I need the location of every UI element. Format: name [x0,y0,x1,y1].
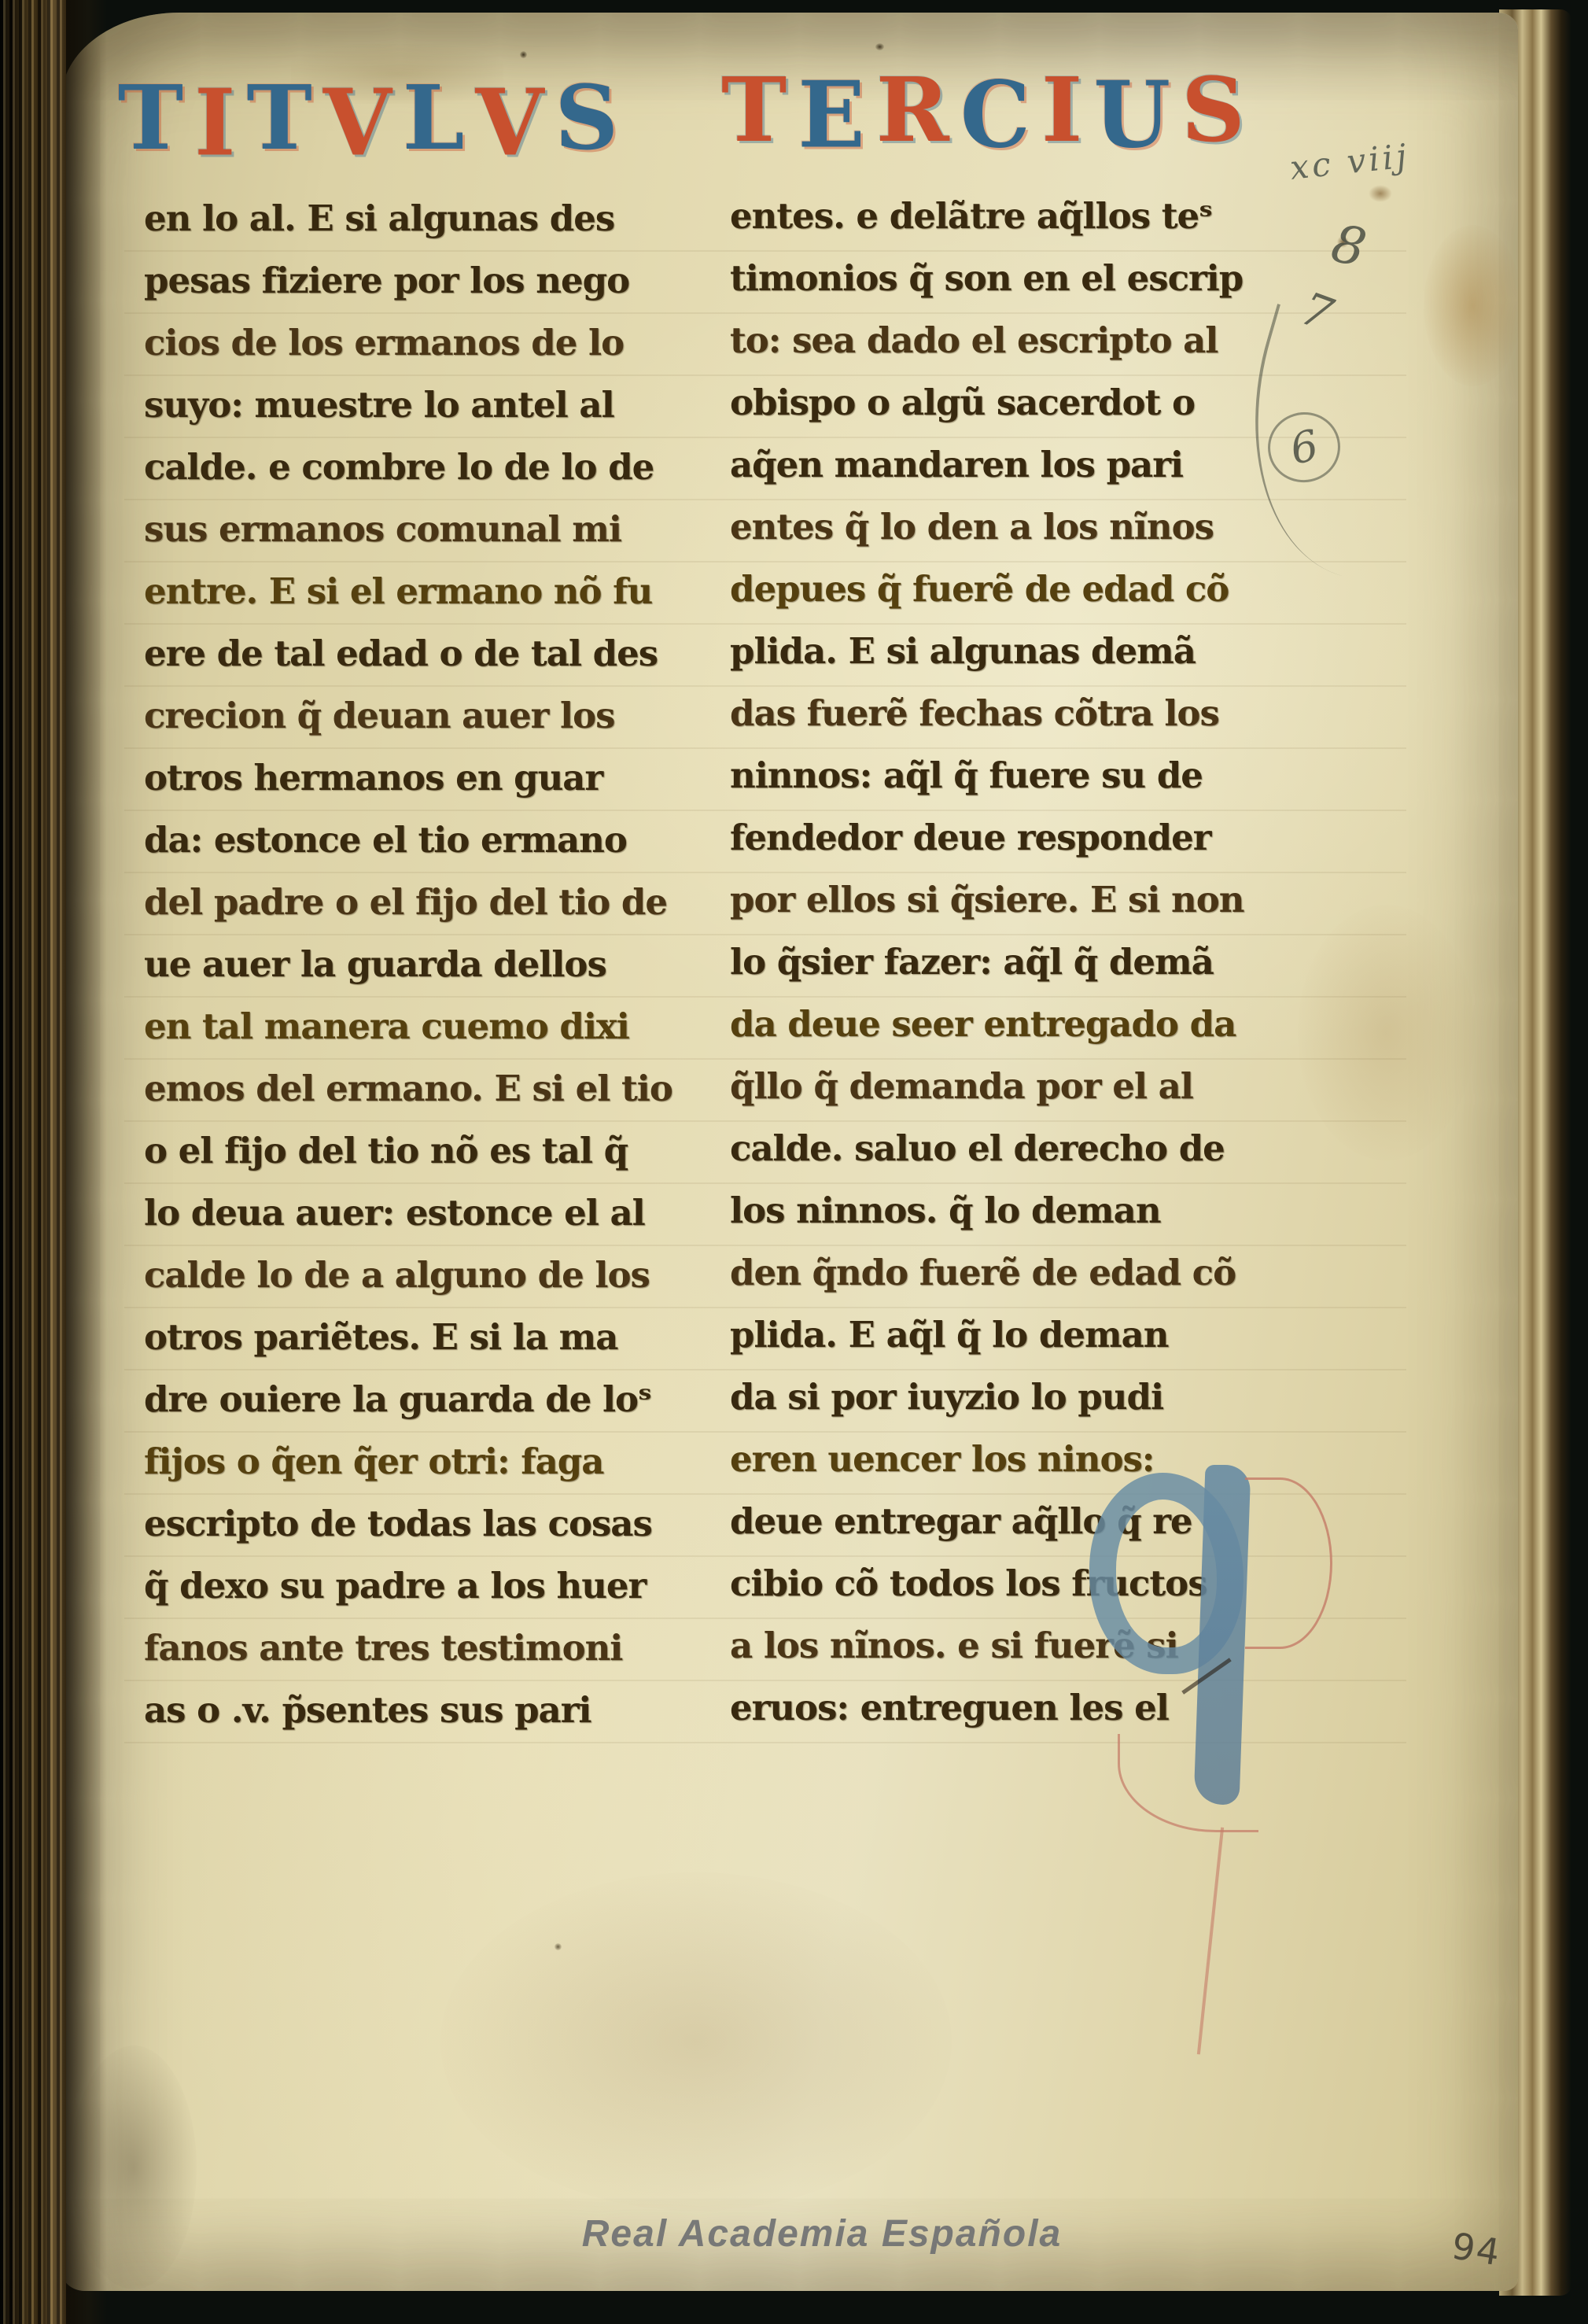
text-line: to: sea dado el escripto al [730,309,1280,371]
stain [440,1872,952,2211]
penwork-flourish [1118,1734,1258,1832]
text-line: ere de tal edad o de tal des [144,622,695,684]
text-line: calde lo de a alguno de los [144,1244,695,1306]
heading-letter: S [555,75,618,163]
heading-word-titulus: TITVLVS [90,75,646,177]
text-line: fendedor deue responder [730,806,1280,869]
pen-mark: 7 [1294,282,1339,342]
pen-mark: 8 [1326,212,1371,279]
text-line: plida. E aq̃l q̃ lo deman [730,1304,1280,1366]
text-line: cios de los ermanos de lo [144,312,695,374]
text-line: entes q̃ lo den a los nĩnos [730,496,1280,558]
speck [520,51,527,58]
margin-pen-marks: 876 [1265,209,1446,587]
heading-letter: I [1041,67,1082,155]
pen-mark: 6 [1262,405,1347,489]
speck [875,43,884,50]
text-line: suyo: muestre lo antel al [144,374,695,436]
book-gutter-left [0,0,93,2324]
text-line: dre ouiere la guarda de loˢ [144,1368,695,1430]
text-line: entre. E si el ermano nõ fu [144,560,695,622]
heading-word-tercius: TERCIUS [700,67,1266,169]
parchment-page: TITVLVS TERCIUS en lo al. E si algunas d… [61,13,1518,2291]
text-line: otros hermanos en guar [144,747,695,809]
text-line: lo q̃sier fazer: aq̃l q̃ demã [730,931,1280,993]
watermark: Real Academia Española [468,2212,1176,2256]
text-line: den q̃ndo fuerẽ de edad cõ [730,1241,1280,1304]
text-line: los ninnos. q̃ lo deman [730,1179,1280,1241]
text-line: timonios q̃ son en el escrip [730,247,1280,309]
heading-letter: T [246,75,311,163]
text-line: calde. saluo el derecho de [730,1117,1280,1179]
text-column-left: en lo al. E si algunas despesas fiziere … [144,187,695,1741]
text-line: eruos: entreguen les el [730,1677,1280,1739]
text-line: plida. E si algunas demã [730,620,1280,682]
manuscript-photo: TITVLVS TERCIUS en lo al. E si algunas d… [0,0,1588,2324]
text-line: escripto de todas las cosas [144,1492,695,1555]
text-line: en tal manera cuemo dixi [144,995,695,1057]
text-line: fijos o q̃en q̃er otri: faga [144,1430,695,1492]
stain [1298,905,1475,1160]
heading-letter: T [118,75,183,163]
text-line: entes. e delãtre aq̃llos teˢ [730,185,1280,247]
text-line: da: estonce el tio ermano [144,809,695,871]
text-line: deue entregar aq̃llo q̃ re [730,1490,1280,1552]
text-line: emos del ermano. E si el tio [144,1057,695,1120]
text-line: aq̃en mandaren los pari [730,433,1280,496]
heading-letter: V [323,78,392,169]
text-line: fanos ante tres testimoni [144,1617,695,1679]
stacked-folio-edges [0,0,66,2324]
stain [1369,185,1392,202]
text-line: as o .v. p̃sentes sus pari [144,1679,695,1741]
text-line: del padre o el fijo del tio de [144,871,695,933]
speck [555,1943,562,1950]
text-line: eren uencer los ninos: [730,1428,1280,1490]
text-line: sus ermanos comunal mi [144,498,695,560]
heading-letter: U [1093,70,1170,161]
text-line: crecion q̃ deuan auer los [144,684,695,747]
text-line: depues q̃ fuerẽ de edad cõ [730,558,1280,620]
heading-letter: C [960,70,1030,161]
gutter-shadow [66,0,107,2324]
heading-letter: V [475,78,543,169]
text-line: calde. e combre lo de lo de [144,436,695,498]
text-line: ninnos: aq̃l q̃ fuere su de [730,744,1280,806]
text-line: obispo o algũ sacerdot o [730,371,1280,433]
text-line: q̃ dexo su padre a los huer [144,1555,695,1617]
margin-note-foliation: xc viij [1288,136,1411,187]
text-column-right: entes. e delãtre aq̃llos teˢtimonios q̃ … [730,185,1280,1739]
text-line: ue auer la guarda dellos [144,933,695,995]
heading-letter: S [1181,67,1245,155]
heading-letter: T [721,67,787,155]
text-line: pesas fiziere por los nego [144,249,695,312]
text-line: por ellos si q̃siere. E si non [730,869,1280,931]
text-line: en lo al. E si algunas des [144,187,695,249]
heading-letter: L [403,75,465,163]
text-line: da si por iuyzio lo pudi [730,1366,1280,1428]
text-line: das fuerẽ fechas cõtra los [730,682,1280,744]
text-line: otros pariẽtes. E si la ma [144,1306,695,1368]
text-line: lo deua auer: estonce el al [144,1182,695,1244]
text-line: o el fijo del tio nõ es tal q̃ [144,1120,695,1182]
text-line: cibio cõ todos los fructos [730,1552,1280,1614]
heading-letter: I [194,78,235,169]
penwork-tail [1197,1828,1224,2055]
heading-letter: E [798,70,864,161]
text-line: da deue seer entregado da [730,993,1280,1055]
text-line: a los nĩnos. e si fuerẽ si [730,1614,1280,1677]
folio-number: 94 [1449,2224,1504,2274]
heading-letter: R [876,67,949,155]
text-line: q̃llo q̃ demanda por el al [730,1055,1280,1117]
